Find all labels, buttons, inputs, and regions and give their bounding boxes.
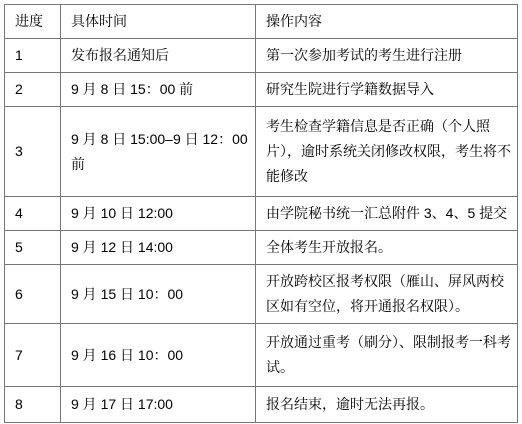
header-row: 进度 具体时间 操作内容 xyxy=(5,5,518,39)
cell-time: 9 月 8 日 15:00–9 日 12：00 前 xyxy=(61,107,256,197)
table-row: 89 月 17 日 17:00报名结束，逾时无法再报。 xyxy=(5,387,518,423)
cell-action: 研究生院进行学籍数据导入 xyxy=(256,73,518,107)
table-row: 59 月 12 日 14:00全体考生开放报名。 xyxy=(5,231,518,265)
table-row: 39 月 8 日 15:00–9 日 12：00 前考生检查学籍信息是否正确（个… xyxy=(5,107,518,197)
table-body: 1发布报名通知后第一次参加考试的考生进行注册29 月 8 日 15：00 前研究… xyxy=(5,39,518,423)
cell-action: 全体考生开放报名。 xyxy=(256,231,518,265)
cell-step: 7 xyxy=(5,324,61,387)
cell-time: 9 月 15 日 10：00 xyxy=(61,265,256,324)
cell-action: 考生检查学籍信息是否正确（个人照片），逾时系统关闭修改权限，考生将不能修改 xyxy=(256,107,518,197)
cell-action: 第一次参加考试的考生进行注册 xyxy=(256,39,518,73)
cell-step: 2 xyxy=(5,73,61,107)
cell-action: 报名结束，逾时无法再报。 xyxy=(256,387,518,423)
page: 进度 具体时间 操作内容 1发布报名通知后第一次参加考试的考生进行注册29 月 … xyxy=(0,0,522,424)
cell-step: 1 xyxy=(5,39,61,73)
cell-step: 3 xyxy=(5,107,61,197)
table-row: 29 月 8 日 15：00 前研究生院进行学籍数据导入 xyxy=(5,73,518,107)
schedule-table: 进度 具体时间 操作内容 1发布报名通知后第一次参加考试的考生进行注册29 月 … xyxy=(4,4,518,423)
cell-step: 6 xyxy=(5,265,61,324)
cell-time: 9 月 10 日 12:00 xyxy=(61,197,256,231)
cell-action: 开放跨校区报考权限（雁山、屏风两校区如有空位，将开通报名权限）。 xyxy=(256,265,518,324)
cell-step: 8 xyxy=(5,387,61,423)
cell-time: 9 月 16 日 10：00 xyxy=(61,324,256,387)
cell-step: 4 xyxy=(5,197,61,231)
cell-action: 开放通过重考（刷分）、限制报考一科考试。 xyxy=(256,324,518,387)
cell-time: 9 月 12 日 14:00 xyxy=(61,231,256,265)
cell-action: 由学院秘书统一汇总附件 3、4、5 提交 xyxy=(256,197,518,231)
table-row: 69 月 15 日 10：00开放跨校区报考权限（雁山、屏风两校区如有空位，将开… xyxy=(5,265,518,324)
cell-time: 9 月 8 日 15：00 前 xyxy=(61,73,256,107)
table-header: 进度 具体时间 操作内容 xyxy=(5,5,518,39)
table-row: 79 月 16 日 10：00开放通过重考（刷分）、限制报考一科考试。 xyxy=(5,324,518,387)
header-action: 操作内容 xyxy=(256,5,518,39)
cell-step: 5 xyxy=(5,231,61,265)
cell-time: 9 月 17 日 17:00 xyxy=(61,387,256,423)
header-step: 进度 xyxy=(5,5,61,39)
table-row: 49 月 10 日 12:00由学院秘书统一汇总附件 3、4、5 提交 xyxy=(5,197,518,231)
cell-time: 发布报名通知后 xyxy=(61,39,256,73)
table-row: 1发布报名通知后第一次参加考试的考生进行注册 xyxy=(5,39,518,73)
header-time: 具体时间 xyxy=(61,5,256,39)
